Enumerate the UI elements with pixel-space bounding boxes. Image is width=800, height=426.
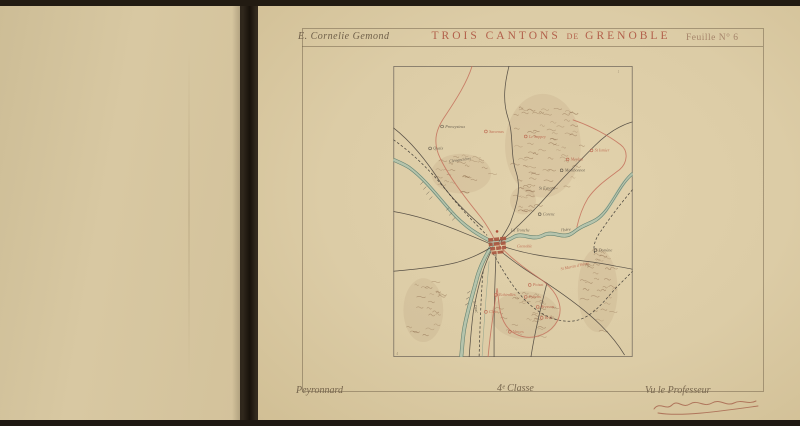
village-marker: Quaix — [429, 146, 444, 151]
footer-student-name: Peyronnard — [296, 385, 343, 396]
village-marker: Montbonnot — [560, 168, 585, 173]
plate-mark-top: 1 — [618, 70, 620, 74]
student-name: E. Cornelie Gemond — [298, 31, 390, 42]
class-label: 4ᵉ Classe — [497, 383, 534, 394]
svg-text:St Ismier: St Ismier — [595, 148, 610, 153]
svg-text:Quaix: Quaix — [433, 146, 443, 151]
svg-text:Eybens: Eybens — [528, 294, 541, 299]
svg-text:Echirolles: Echirolles — [498, 292, 516, 297]
svg-text:St Eynard: St Eynard — [539, 186, 556, 191]
title-part2: GRENOBLE — [585, 30, 670, 42]
sheet-number: Feuille N° 6 — [686, 33, 739, 43]
photo-bottom-edge — [0, 420, 800, 426]
photo-top-edge — [0, 0, 800, 6]
svg-text:Le Sappey: Le Sappey — [528, 134, 546, 139]
page-crease — [188, 5, 190, 421]
svg-text:Domène: Domène — [598, 247, 613, 252]
svg-text:Corenc: Corenc — [543, 211, 555, 216]
title-part1: TROIS CANTONS — [432, 30, 561, 42]
photographed-book-spread: E. Cornelie Gemond TROIS CANTONS DE GREN… — [0, 0, 800, 426]
svg-text:Brié: Brié — [545, 315, 552, 320]
svg-text:Claix: Claix — [489, 309, 498, 314]
village-marker: Corenc — [538, 211, 555, 216]
village-marker: l'Isère — [560, 226, 571, 232]
village-marker: Poisat — [528, 282, 544, 287]
village-marker: Proveysieux — [441, 124, 466, 129]
svg-text:Bresson: Bresson — [541, 304, 554, 309]
header-rule-line — [302, 46, 763, 47]
village-marker: Grenoble — [517, 243, 532, 248]
svg-text:l'Isère: l'Isère — [560, 226, 571, 232]
left-blank-page — [0, 5, 240, 421]
svg-text:Varces: Varces — [513, 329, 524, 334]
la-tronche-dot — [496, 230, 499, 233]
svg-text:Sarcenas: Sarcenas — [489, 129, 504, 134]
village-marker: St Eynard — [539, 186, 556, 191]
village-marker: Sarcenas — [484, 129, 504, 134]
svg-text:Proveysieux: Proveysieux — [444, 124, 465, 129]
village-marker: La Tronche — [510, 227, 530, 232]
village-marker: St Ismier — [590, 148, 610, 153]
professor-signature — [650, 395, 768, 421]
village-marker: Claix — [484, 309, 498, 314]
plate-mark-bottom: 4 — [396, 352, 398, 356]
svg-text:Montbonnot: Montbonnot — [564, 168, 586, 173]
map-title: TROIS CANTONS DE GRENOBLE — [428, 30, 674, 42]
hand-drawn-canton-map: ProveysieuxSarcenasLe SappeyQuaixClémenc… — [393, 66, 633, 357]
svg-text:Poisat: Poisat — [532, 282, 544, 287]
title-de: DE — [567, 32, 580, 41]
svg-text:La Tronche: La Tronche — [510, 227, 530, 232]
svg-text:Meylan: Meylan — [570, 157, 583, 162]
svg-text:Grenoble: Grenoble — [517, 243, 532, 248]
